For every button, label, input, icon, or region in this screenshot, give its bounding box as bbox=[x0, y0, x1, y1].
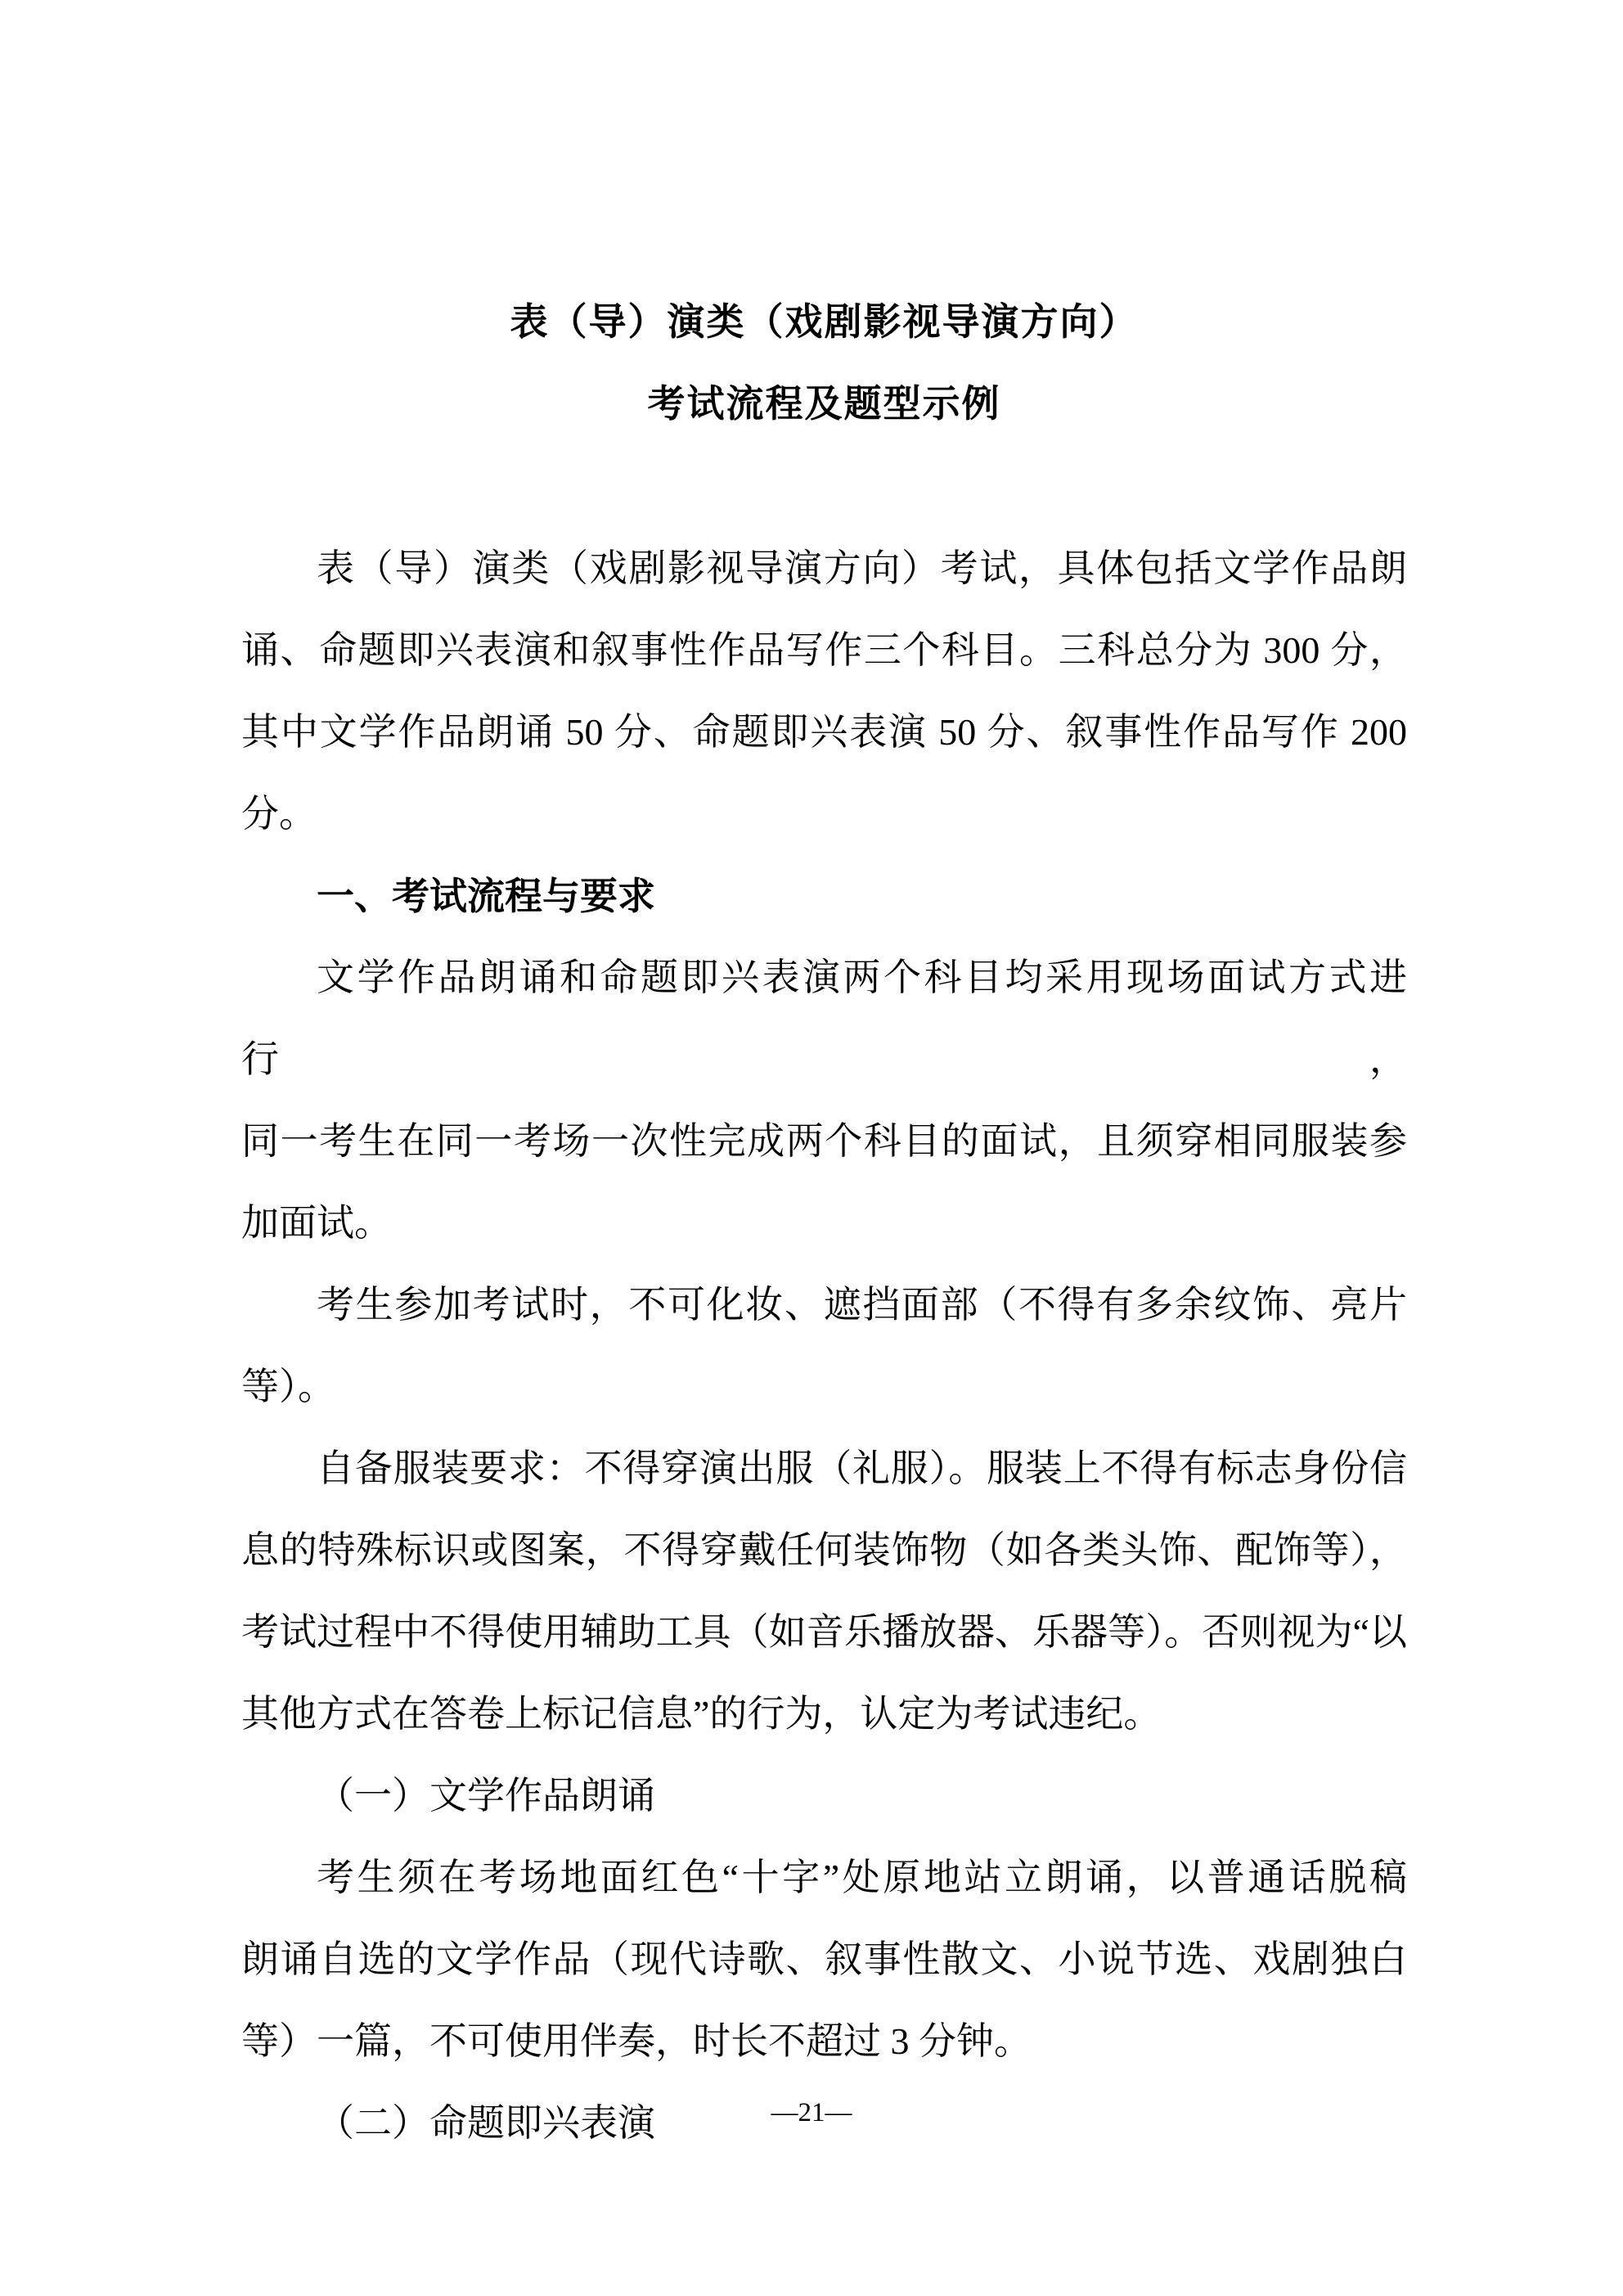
doc-title-line2: 考试流程及题型示例 bbox=[241, 362, 1407, 444]
paragraph-line: 考试过程中不得使用辅助工具（如音乐播放器、乐器等）。否则视为“以 bbox=[241, 1591, 1407, 1673]
paragraph-line: 同一考生在同一考场一次性完成两个科目的面试，且须穿相同服装参 bbox=[241, 1101, 1407, 1182]
document-content: 表（导）演类（戏剧影视导演方向） 考试流程及题型示例 表（导）演类（戏剧影视导演… bbox=[241, 281, 1407, 2164]
document-title: 表（导）演类（戏剧影视导演方向） 考试流程及题型示例 bbox=[241, 281, 1407, 444]
section-heading: 一、考试流程与要求 bbox=[241, 855, 1407, 937]
paragraph-line: 加面试。 bbox=[241, 1182, 1407, 1264]
page-number: —21— bbox=[0, 2096, 1623, 2129]
paragraph-line: 等）一篇，不可使用伴奏，时长不超过 3 分钟。 bbox=[241, 2001, 1407, 2082]
paragraph-line: 等）。 bbox=[241, 1346, 1407, 1428]
paragraph-line: 朗诵自选的文学作品（现代诗歌、叙事性散文、小说节选、戏剧独白 bbox=[241, 1919, 1407, 2001]
paragraph-line: 自备服装要求：不得穿演出服（礼服）。服装上不得有标志身份信 bbox=[241, 1428, 1407, 1510]
paragraph-line: 表（导）演类（戏剧影视导演方向）考试，具体包括文学作品朗 bbox=[241, 528, 1407, 610]
paragraph-line: 分。 bbox=[241, 773, 1407, 855]
paragraph-line: 考生参加考试时，不可化妆、遮挡面部（不得有多余纹饰、亮片 bbox=[241, 1264, 1407, 1346]
paragraph-line: 文学作品朗诵和命题即兴表演两个科目均采用现场面试方式进行， bbox=[241, 937, 1407, 1101]
paragraph-line: 息的特殊标识或图案，不得穿戴任何装饰物（如各类头饰、配饰等）， bbox=[241, 1510, 1407, 1591]
document-page: 表（导）演类（戏剧影视导演方向） 考试流程及题型示例 表（导）演类（戏剧影视导演… bbox=[0, 0, 1623, 2296]
subsection-heading: （一）文学作品朗诵 bbox=[241, 1755, 1407, 1837]
doc-title-line1: 表（导）演类（戏剧影视导演方向） bbox=[241, 281, 1407, 362]
paragraph-line: 诵、命题即兴表演和叙事性作品写作三个科目。三科总分为 300 分， bbox=[241, 610, 1407, 691]
paragraph-line: 考生须在考场地面红色“十字”处原地站立朗诵，以普通话脱稿 bbox=[241, 1837, 1407, 1919]
document-body: 表（导）演类（戏剧影视导演方向）考试，具体包括文学作品朗诵、命题即兴表演和叙事性… bbox=[241, 528, 1407, 2164]
paragraph-line: 其中文学作品朗诵 50 分、命题即兴表演 50 分、叙事性作品写作 200 bbox=[241, 691, 1407, 773]
paragraph-line: 其他方式在答卷上标记信息”的行为，认定为考试违纪。 bbox=[241, 1673, 1407, 1755]
